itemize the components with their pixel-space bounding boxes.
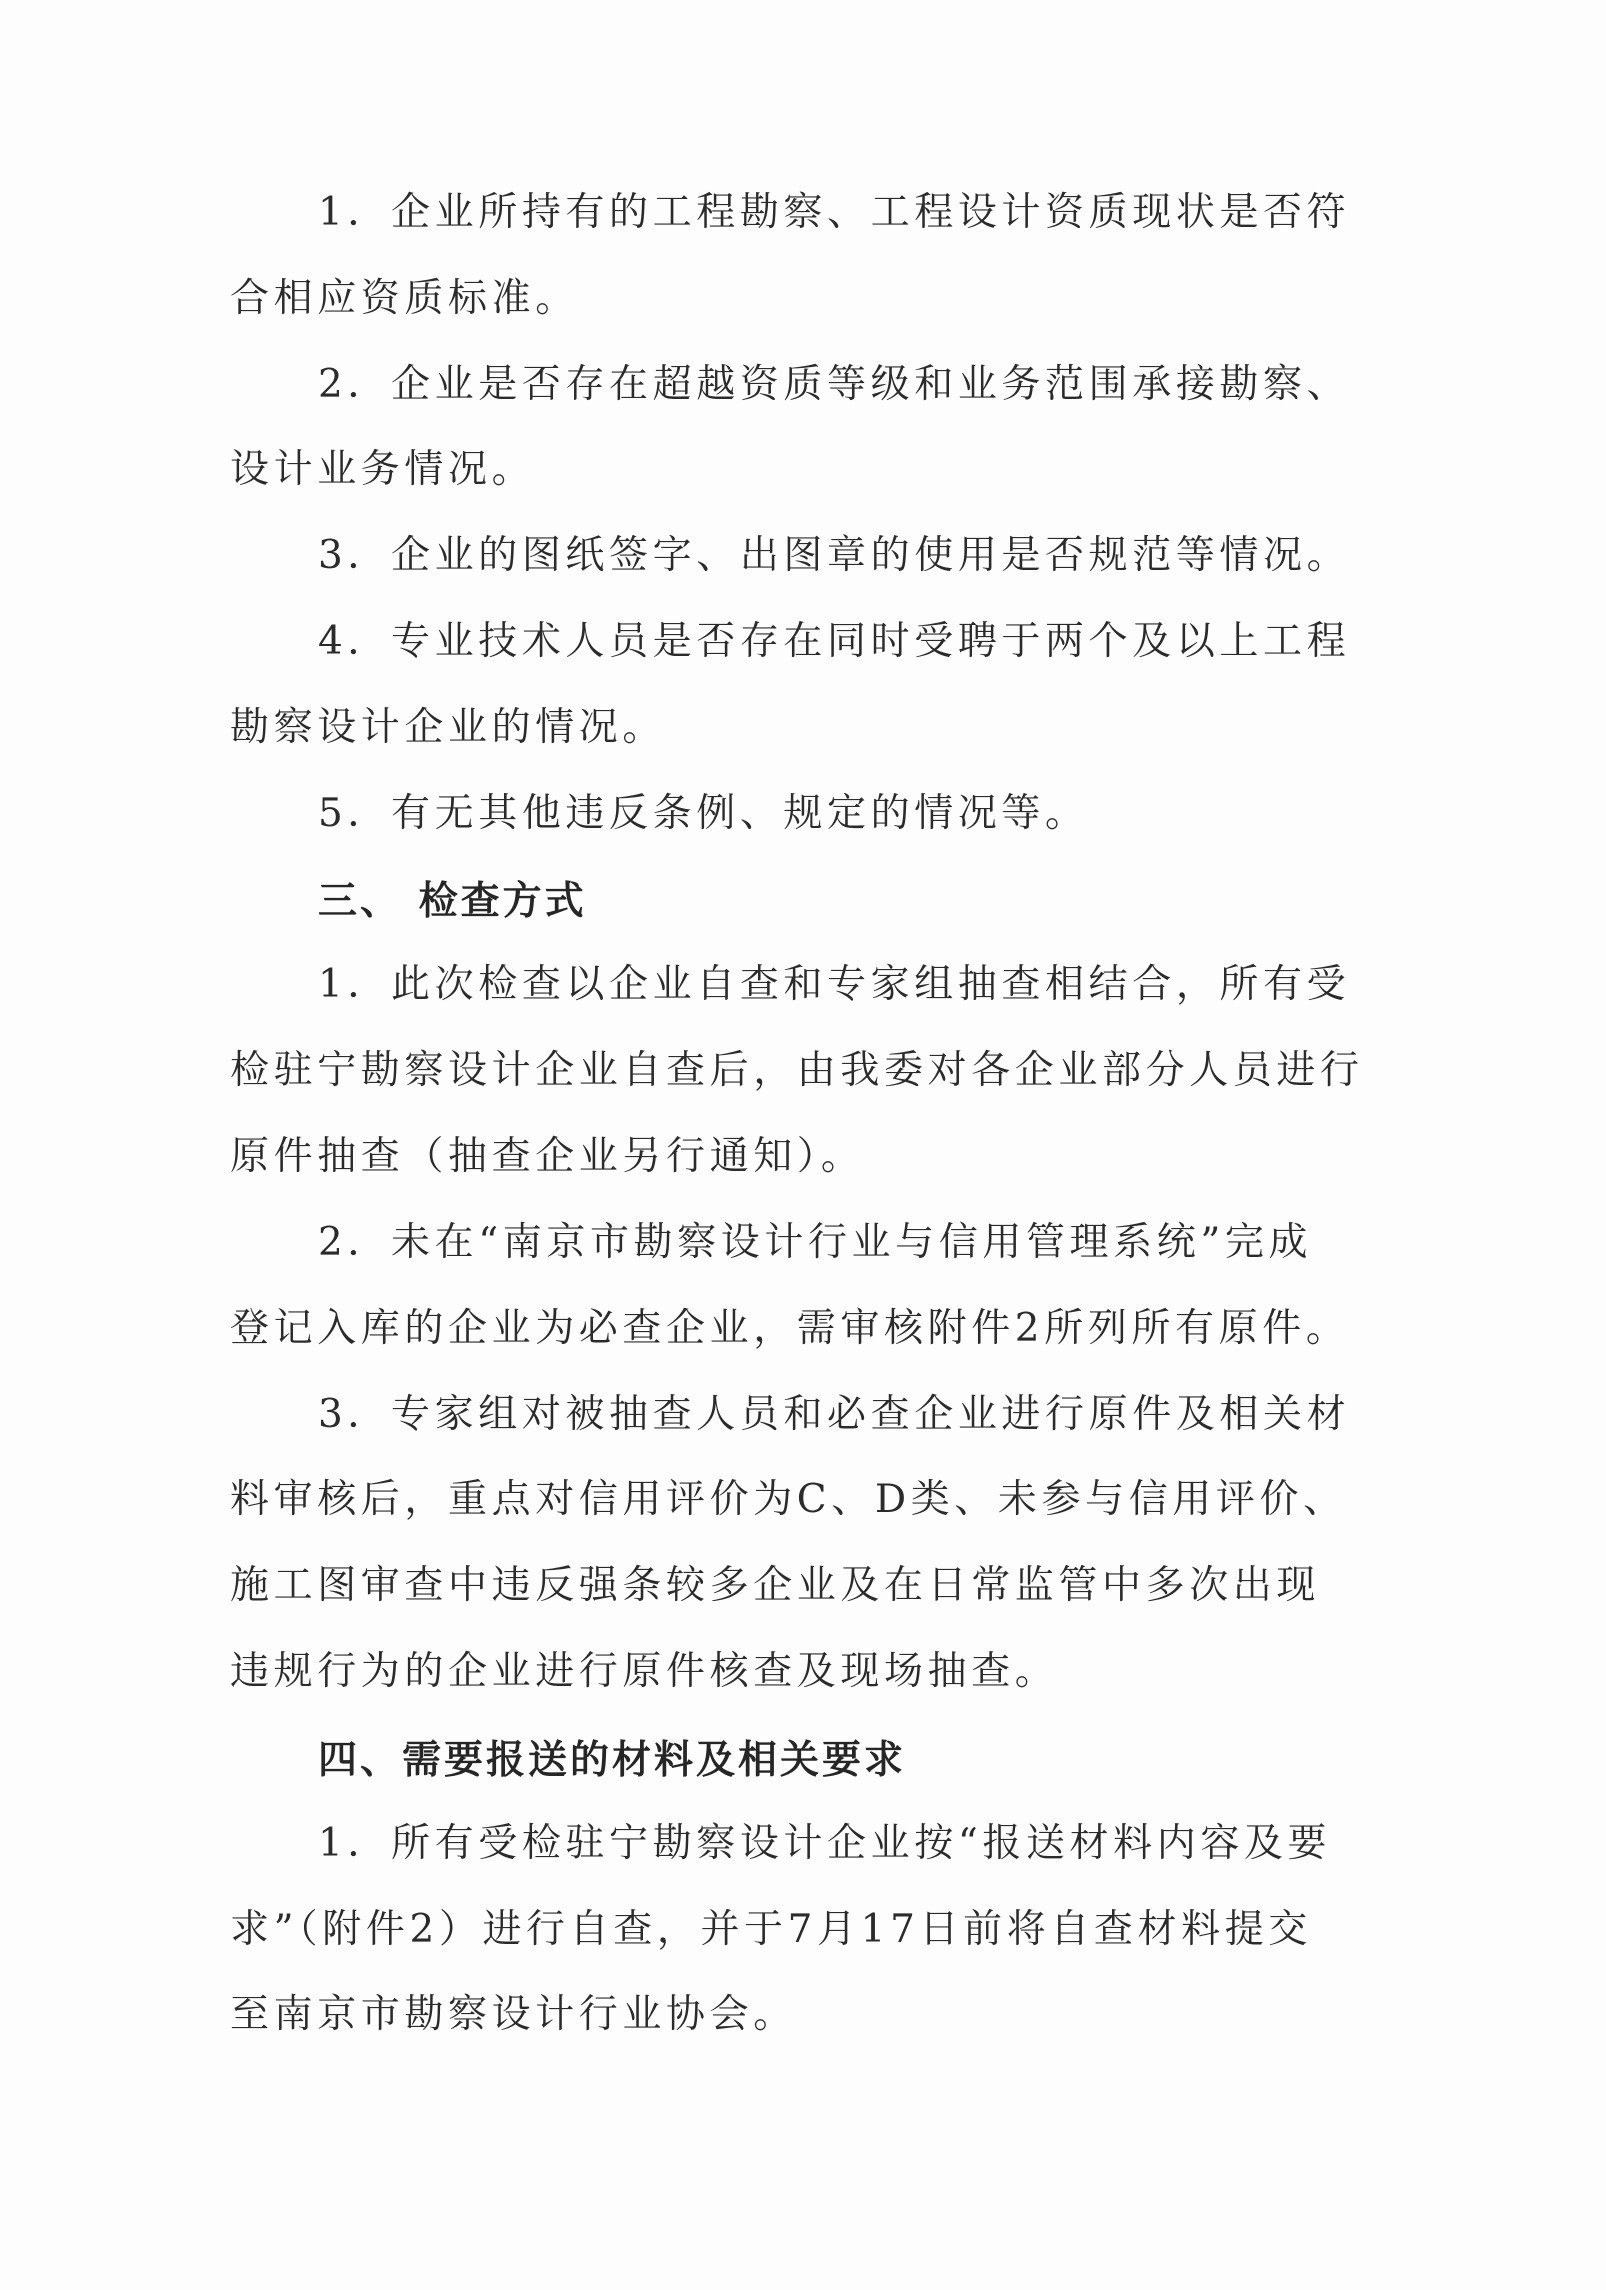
item-4-line-1: 4．专业技术人员是否存在同时受聘于两个及以上工程 xyxy=(318,612,1350,672)
item-2-line-2: 设计业务情况。 xyxy=(230,440,535,500)
document-page: 1．企业所持有的工程勘察、工程设计资质现状是否符 合相应资质标准。 2．企业是否… xyxy=(0,0,1606,2290)
method-3-line-1: 3．专家组对被抽查人员和必查企业进行原件及相关材 xyxy=(318,1385,1350,1445)
section-heading-materials: 四、需要报送的材料及相关要求 xyxy=(318,1731,906,1791)
item-1-line-2: 合相应资质标准。 xyxy=(230,269,579,329)
method-1-line-1: 1．此次检查以企业自查和专家组抽查相结合，所有受 xyxy=(318,955,1350,1015)
materials-1-line-2: 求”（附件2）进行自查，并于7月17日前将自查材料提交 xyxy=(230,1900,1312,1960)
method-3-line-4: 违规行为的企业进行原件核查及现场抽查。 xyxy=(230,1642,1058,1702)
item-1-line-1: 1．企业所持有的工程勘察、工程设计资质现状是否符 xyxy=(318,183,1350,243)
item-5-line-1: 5．有无其他违反条例、规定的情况等。 xyxy=(318,784,1089,844)
materials-1-line-1: 1．所有受检驻宁勘察设计企业按“报送材料内容及要 xyxy=(318,1814,1331,1874)
method-3-line-2: 料审核后，重点对信用评价为C、D类、未参与信用评价、 xyxy=(230,1470,1347,1530)
item-2-line-1: 2．企业是否存在超越资质等级和业务范围承接勘察、 xyxy=(318,355,1350,415)
method-2-line-1: 2．未在“南京市勘察设计行业与信用管理系统”完成 xyxy=(318,1213,1312,1273)
item-4-line-2: 勘察设计企业的情况。 xyxy=(230,698,666,758)
method-1-line-3: 原件抽查（抽查企业另行通知）。 xyxy=(230,1127,865,1187)
method-3-line-3: 施工图审查中违反强条较多企业及在日常监管中多次出现 xyxy=(230,1556,1320,1616)
method-1-line-2: 检驻宁勘察设计企业自查后，由我委对各企业部分人员进行 xyxy=(230,1041,1364,1101)
section-heading-inspection-method: 三、 检查方式 xyxy=(318,872,587,932)
materials-1-line-3: 至南京市勘察设计行业协会。 xyxy=(230,1985,797,2045)
item-3-line-1: 3．企业的图纸签字、出图章的使用是否规范等情况。 xyxy=(318,526,1350,586)
method-2-line-2: 登记入库的企业为必查企业，需审核附件2所列所有原件。 xyxy=(230,1299,1349,1359)
